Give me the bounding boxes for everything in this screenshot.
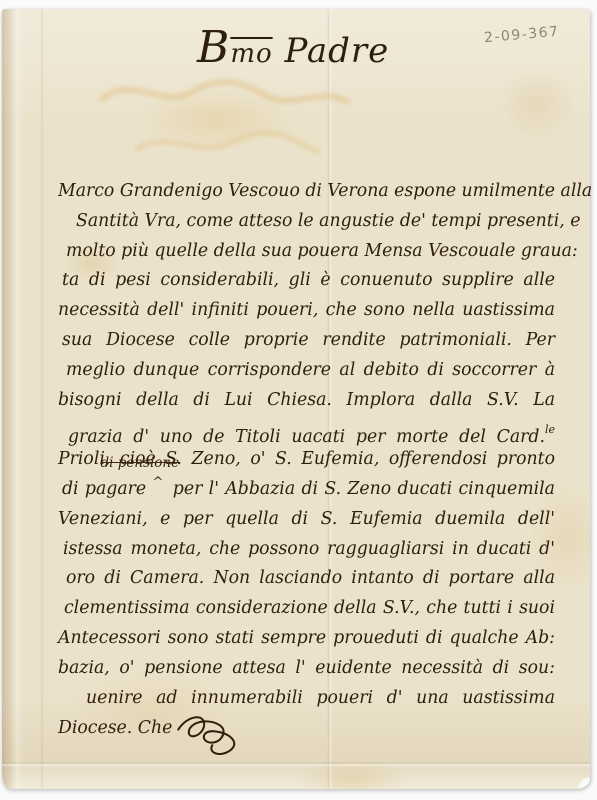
line-text: Diocese. Che bbox=[58, 718, 172, 738]
scanned-letter-photo: Bmo Padre 2-09-367 Marco Grandenigo Vesc… bbox=[0, 0, 597, 800]
archival-number: 2-09-367 bbox=[484, 24, 561, 47]
manuscript-line: Santità Vra, come atteso le angustie de'… bbox=[58, 207, 555, 237]
manuscript-paper: Bmo Padre 2-09-367 Marco Grandenigo Vesc… bbox=[2, 9, 590, 789]
manuscript-line: sua Diocese colle proprie rendite patrim… bbox=[58, 326, 555, 356]
manuscript-line: grazia d' uno de Titoli uacati per morte… bbox=[58, 415, 555, 445]
manuscript-line: istessa moneta, che possono ragguagliars… bbox=[58, 535, 555, 565]
manuscript-line: di pagare ^di pensione per l' Abbazia di… bbox=[58, 475, 555, 505]
manuscript-line: Antecessori sono stati sempre proueduti … bbox=[58, 624, 555, 654]
salutation-word: Padre bbox=[284, 31, 389, 71]
salutation-initial: B bbox=[197, 22, 230, 73]
line-text: per l' Abbazia di S. Zeno ducati cinquem… bbox=[173, 479, 555, 499]
manuscript-line: bazia, o' pensione attesa l' euidente ne… bbox=[58, 654, 555, 684]
manuscript-line: Diocese. Che bbox=[58, 713, 555, 743]
manuscript-line: clementissima considerazione della S.V.,… bbox=[58, 594, 555, 624]
horizontal-fold-crease bbox=[2, 761, 590, 767]
line-text: di pagare bbox=[62, 479, 146, 499]
manuscript-line: uenire ad innumerabili poueri d' una uas… bbox=[58, 684, 555, 714]
manuscript-line: ta di pesi considerabili, gli è conuenut… bbox=[58, 266, 555, 296]
closing-flourish-knot bbox=[174, 713, 258, 759]
manuscript-line: Marco Grandenigo Vescouo di Verona espon… bbox=[58, 177, 555, 207]
salutation: Bmo Padre bbox=[197, 31, 389, 71]
manuscript-line: oro di Camera. Non lasciando intanto di … bbox=[58, 564, 555, 594]
manuscript-line: Veneziani, e per quella di S. Eufemia du… bbox=[58, 505, 555, 535]
interlinear-insertion: di pensione bbox=[100, 449, 179, 479]
manuscript-line: bisogni della di Lui Chiesa. Implora dal… bbox=[58, 386, 555, 416]
insertion-point: ^di pensione bbox=[152, 477, 166, 494]
letter-body: Marco Grandenigo Vescouo di Verona espon… bbox=[58, 177, 555, 743]
manuscript-line: meglio dunque corrispondere al debito di… bbox=[58, 356, 555, 386]
ink-show-through bbox=[82, 64, 362, 174]
manuscript-line: necessità dell' infiniti poueri, che son… bbox=[58, 296, 555, 326]
vertical-fold-crease bbox=[40, 9, 44, 789]
superscript-abbreviation: le bbox=[545, 423, 555, 436]
manuscript-line: molto più quelle della sua pouera Mensa … bbox=[58, 237, 555, 267]
salutation-abbreviation: mo bbox=[230, 39, 272, 69]
